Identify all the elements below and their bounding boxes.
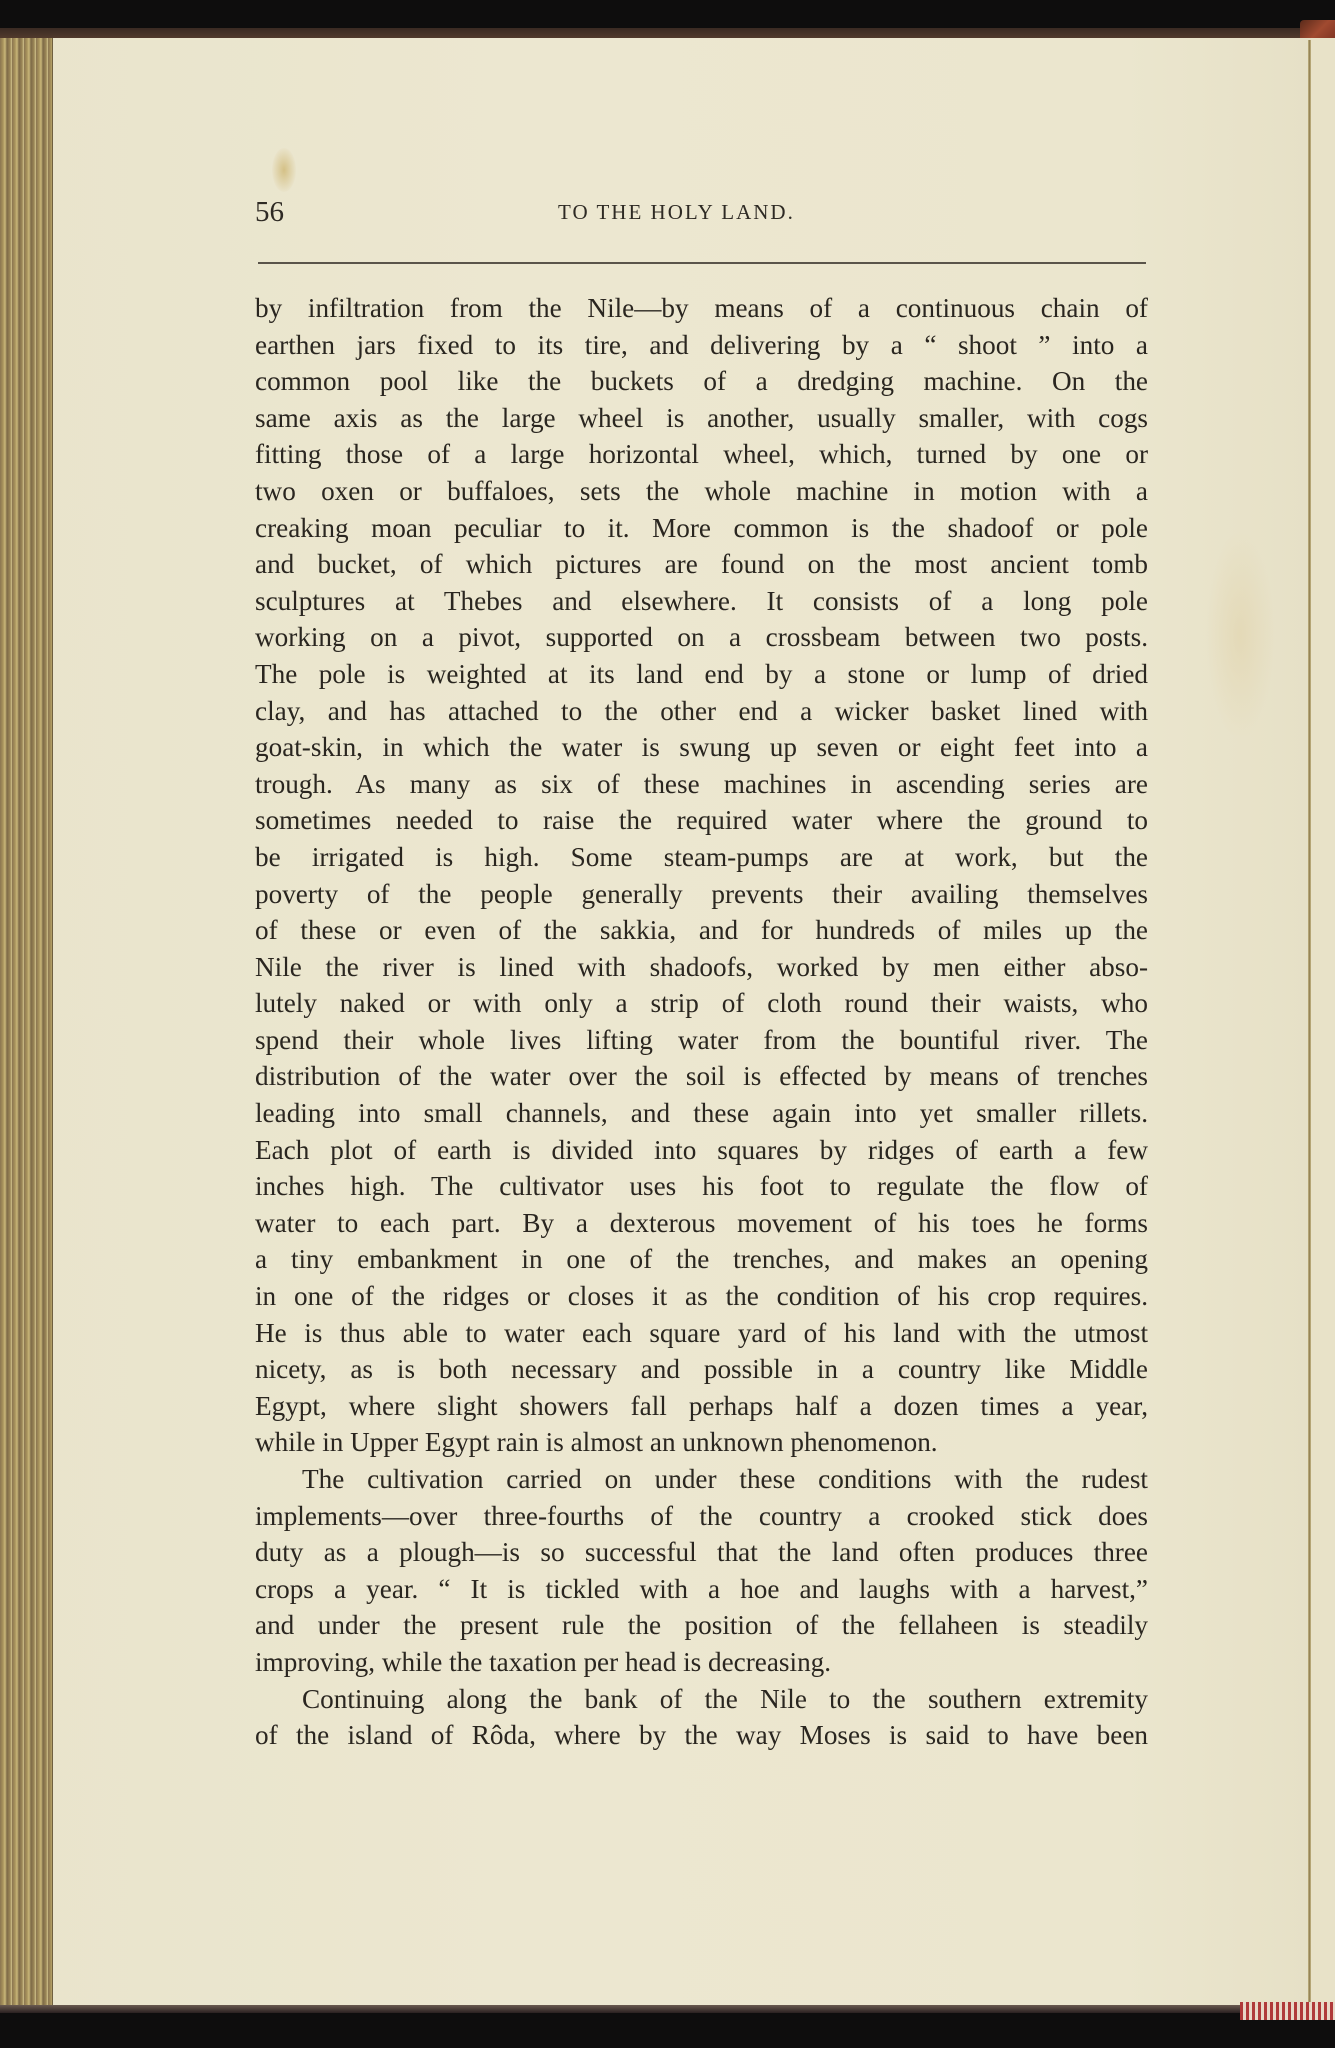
text-line: by infiltration from the Nile—by means o… xyxy=(255,290,1148,327)
text-line: working on a pivot, supported on a cross… xyxy=(255,619,1148,656)
text-line: leading into small channels, and these a… xyxy=(255,1095,1148,1132)
text-line: fitting those of a large horizontal whee… xyxy=(255,436,1148,473)
text-line: inches high. The cultivator uses his foo… xyxy=(255,1168,1148,1205)
book-cover-bottom-edge xyxy=(0,2005,1335,2013)
text-line: while in Upper Egypt rain is almost an u… xyxy=(255,1424,1148,1461)
text-line: Nile the river is lined with shadoofs, w… xyxy=(255,949,1148,986)
text-line: crops a year. “ It is tickled with a hoe… xyxy=(255,1571,1148,1608)
header-rule xyxy=(258,262,1146,264)
text-line: same axis as the large wheel is another,… xyxy=(255,400,1148,437)
text-line: sculptures at Thebes and elsewhere. It c… xyxy=(255,583,1148,620)
running-title: TO THE HOLY LAND. xyxy=(558,200,795,225)
facing-page-sliver xyxy=(1311,38,1335,2008)
text-line: spend their whole lives lifting water fr… xyxy=(255,1022,1148,1059)
text-line: goat-skin, in which the water is swung u… xyxy=(255,729,1148,766)
text-line: and under the present rule the position … xyxy=(255,1607,1148,1644)
book-headband-bottom-right xyxy=(1240,2002,1335,2020)
text-line: common pool like the buckets of a dredgi… xyxy=(255,363,1148,400)
text-line: Egypt, where slight showers fall perhaps… xyxy=(255,1388,1148,1425)
text-line: The pole is weighted at its land end by … xyxy=(255,656,1148,693)
page-number: 56 xyxy=(255,196,284,229)
text-line: improving, while the taxation per head i… xyxy=(255,1644,1148,1681)
text-line: of these or even of the sakkia, and for … xyxy=(255,912,1148,949)
text-line: distribution of the water over the soil … xyxy=(255,1058,1148,1095)
text-line: of the island of Rôda, where by the way … xyxy=(255,1717,1148,1754)
text-line: implements—over three-fourths of the cou… xyxy=(255,1498,1148,1535)
text-line: poverty of the people generally prevents… xyxy=(255,876,1148,913)
foxing-stain xyxy=(272,148,296,192)
text-line: be irrigated is high. Some steam-pumps a… xyxy=(255,839,1148,876)
text-line: water to each part. By a dexterous movem… xyxy=(255,1205,1148,1242)
text-line: a tiny embankment in one of the trenches… xyxy=(255,1241,1148,1278)
text-line: nicety, as is both necessary and possibl… xyxy=(255,1351,1148,1388)
text-line: trough. As many as six of these machines… xyxy=(255,766,1148,803)
body-text: by infiltration from the Nile—by means o… xyxy=(255,290,1148,1754)
text-line: sometimes needed to raise the required w… xyxy=(255,802,1148,839)
text-line: two oxen or buffaloes, sets the whole ma… xyxy=(255,473,1148,510)
text-line: and bucket, of which pictures are found … xyxy=(255,546,1148,583)
running-head: 56 TO THE HOLY LAND. xyxy=(255,196,1148,236)
text-line: He is thus able to water each square yar… xyxy=(255,1315,1148,1352)
page-edges-stack xyxy=(0,38,53,2008)
text-line: creaking moan peculiar to it. More commo… xyxy=(255,510,1148,547)
binding-gutter xyxy=(1308,40,1311,2005)
foxing-stain-faint xyxy=(1205,530,1275,740)
text-line: clay, and has attached to the other end … xyxy=(255,693,1148,730)
text-line: The cultivation carried on under these c… xyxy=(255,1461,1148,1498)
text-line: duty as a plough—is so successful that t… xyxy=(255,1534,1148,1571)
text-line: in one of the ridges or closes it as the… xyxy=(255,1278,1148,1315)
text-line: earthen jars fixed to its tire, and deli… xyxy=(255,327,1148,364)
text-line: lutely naked or with only a strip of clo… xyxy=(255,985,1148,1022)
text-line: Continuing along the bank of the Nile to… xyxy=(255,1681,1148,1718)
text-line: Each plot of earth is divided into squar… xyxy=(255,1132,1148,1169)
